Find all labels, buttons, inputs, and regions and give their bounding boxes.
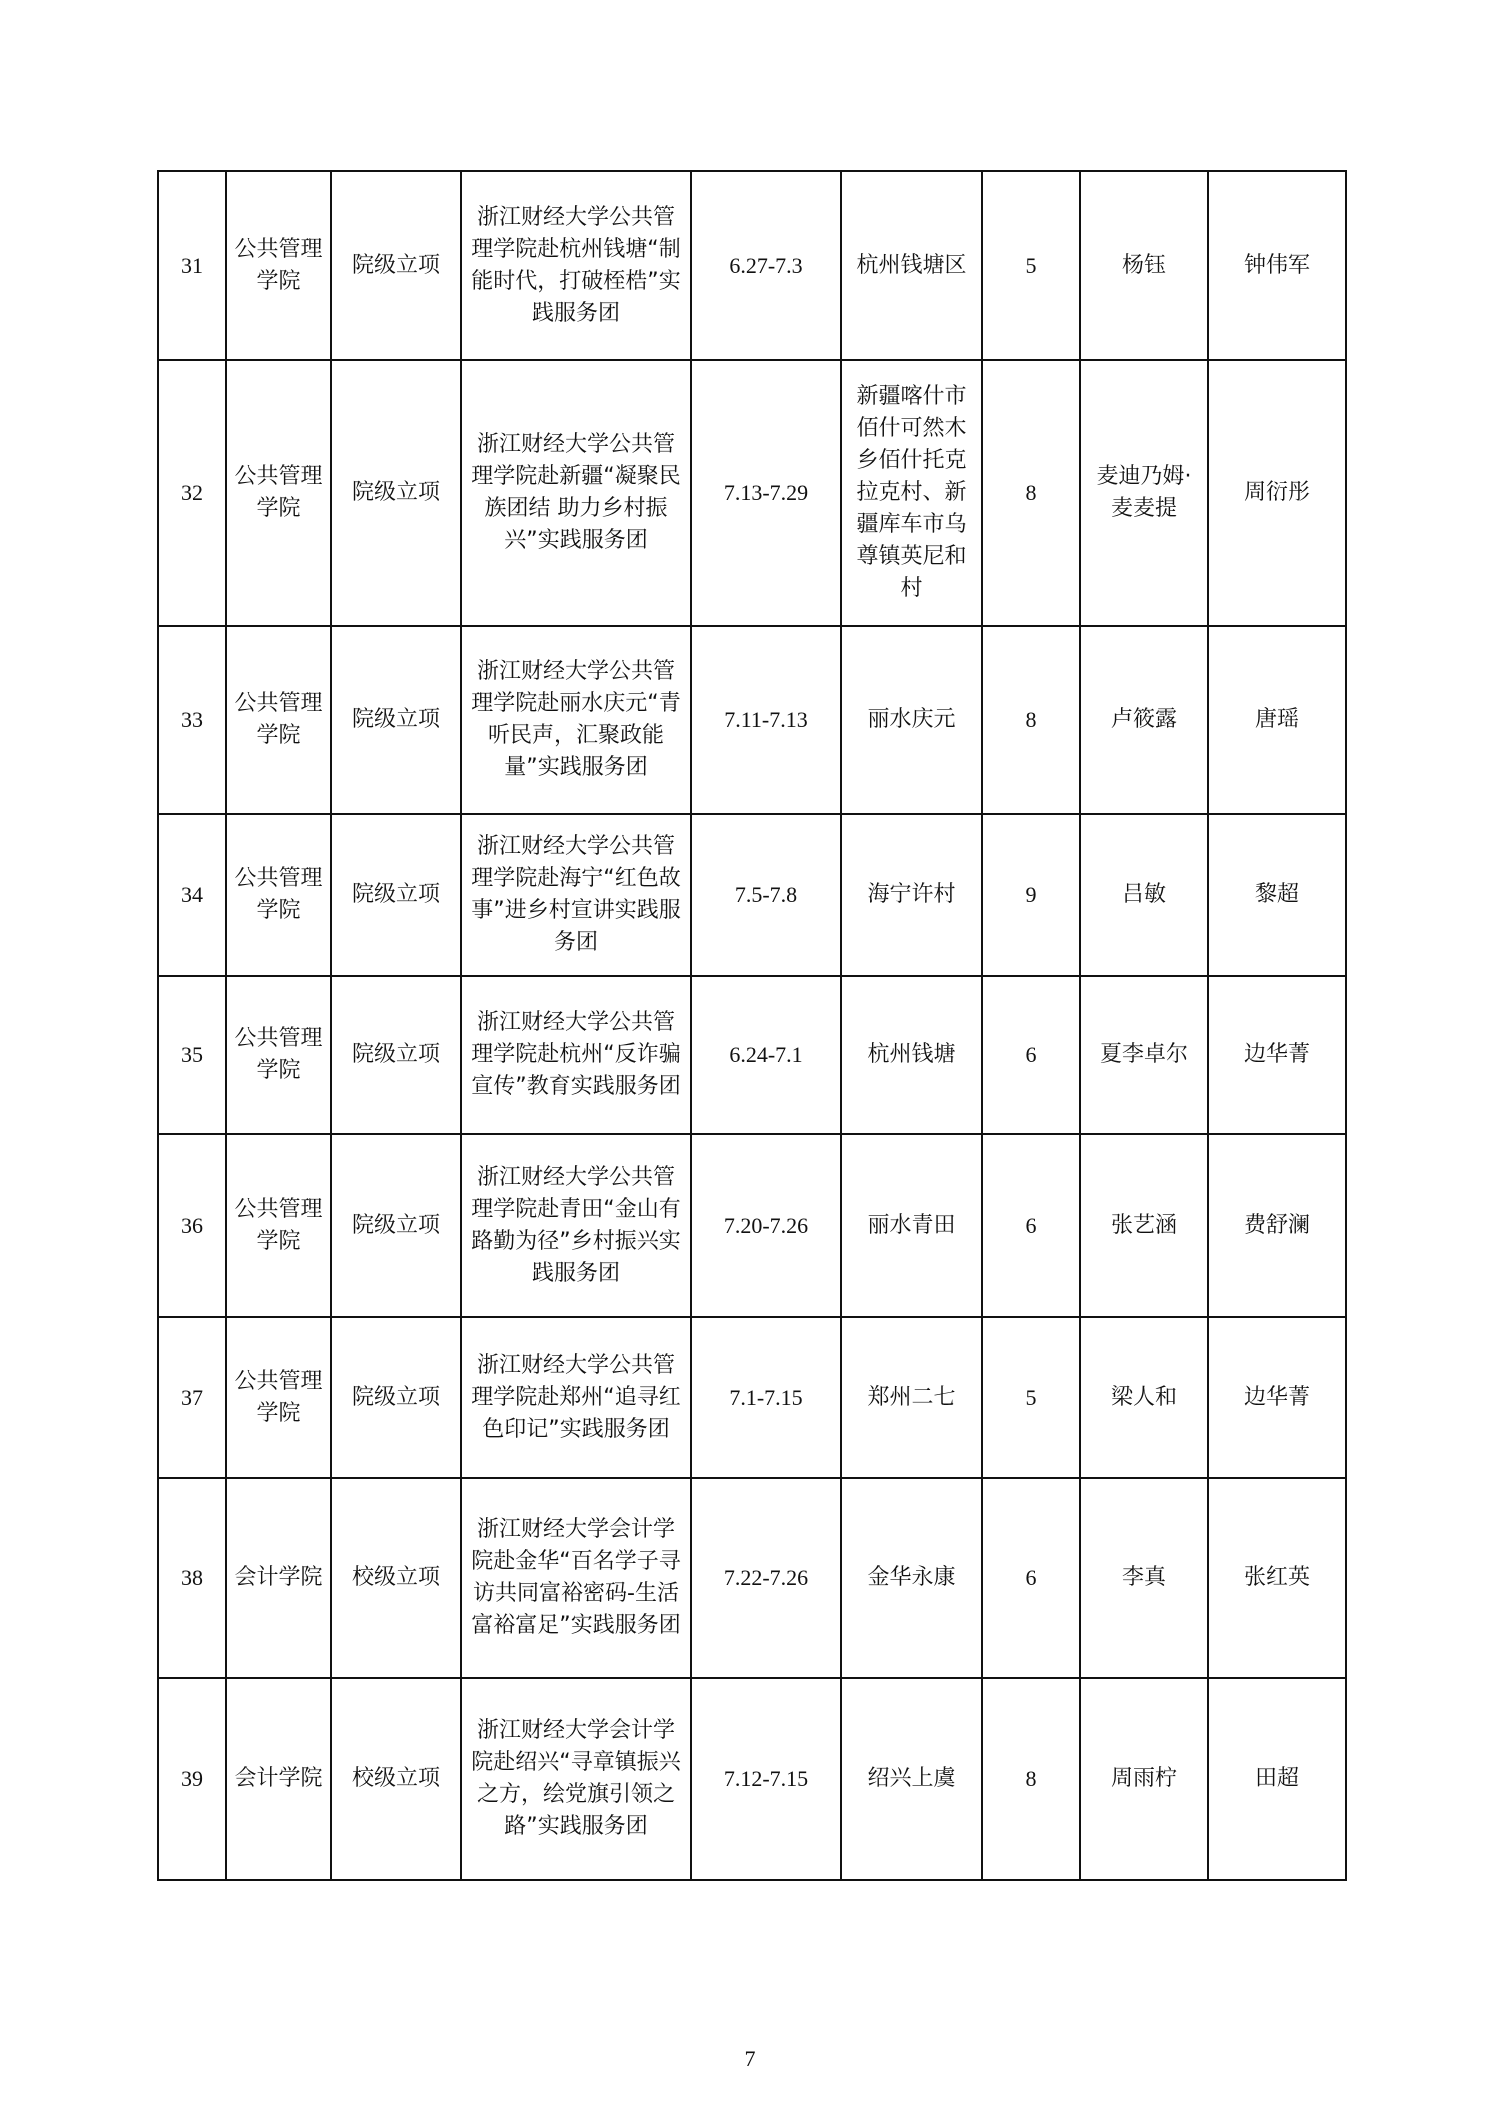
row-number: 31 [158,171,226,360]
member-count-cell: 8 [982,626,1080,814]
level-cell: 院级立项 [331,1134,461,1317]
level-cell: 校级立项 [331,1478,461,1678]
dates-cell: 7.5-7.8 [691,814,841,976]
dates-cell: 7.11-7.13 [691,626,841,814]
college-cell: 会计学院 [226,1678,331,1880]
location-cell: 丽水青田 [841,1134,982,1317]
dates-cell: 7.20-7.26 [691,1134,841,1317]
row-number: 33 [158,626,226,814]
leader-cell: 卢筱露 [1080,626,1208,814]
team-name-cell: 浙江财经大学公共管理学院赴青田“金山有路勤为径”乡村振兴实践服务团 [461,1134,691,1317]
level-cell: 院级立项 [331,814,461,976]
dates-cell: 7.12-7.15 [691,1678,841,1880]
team-name-cell: 浙江财经大学公共管理学院赴丽水庆元“青听民声，汇聚政能量”实践服务团 [461,626,691,814]
team-name-cell: 浙江财经大学公共管理学院赴杭州钱塘“制能时代，打破桎梏”实践服务团 [461,171,691,360]
member-count-cell: 5 [982,171,1080,360]
location-cell: 海宁许村 [841,814,982,976]
table-row: 36 公共管理学院 院级立项 浙江财经大学公共管理学院赴青田“金山有路勤为径”乡… [158,1134,1346,1317]
level-cell: 院级立项 [331,626,461,814]
location-cell: 金华永康 [841,1478,982,1678]
location-cell: 绍兴上虞 [841,1678,982,1880]
college-cell: 公共管理学院 [226,976,331,1134]
leader-cell: 梁人和 [1080,1317,1208,1478]
table-row: 37 公共管理学院 院级立项 浙江财经大学公共管理学院赴郑州“追寻红色印记”实践… [158,1317,1346,1478]
leader-cell: 杨钰 [1080,171,1208,360]
team-name-cell: 浙江财经大学公共管理学院赴郑州“追寻红色印记”实践服务团 [461,1317,691,1478]
team-name-cell: 浙江财经大学公共管理学院赴海宁“红色故事”进乡村宣讲实践服务团 [461,814,691,976]
level-cell: 院级立项 [331,1317,461,1478]
row-number: 37 [158,1317,226,1478]
row-number: 39 [158,1678,226,1880]
dates-cell: 6.27-7.3 [691,171,841,360]
level-cell: 院级立项 [331,360,461,626]
advisor-cell: 黎超 [1208,814,1346,976]
advisor-cell: 张红英 [1208,1478,1346,1678]
location-cell: 丽水庆元 [841,626,982,814]
document-page: 31 公共管理学院 院级立项 浙江财经大学公共管理学院赴杭州钱塘“制能时代，打破… [0,0,1500,2122]
college-cell: 公共管理学院 [226,814,331,976]
row-number: 35 [158,976,226,1134]
college-cell: 公共管理学院 [226,1134,331,1317]
team-name-cell: 浙江财经大学公共管理学院赴新疆“凝聚民族团结 助力乡村振兴”实践服务团 [461,360,691,626]
location-cell: 杭州钱塘区 [841,171,982,360]
row-number: 36 [158,1134,226,1317]
location-cell: 新疆喀什市佰什可然木乡佰什托克拉克村、新疆库车市乌尊镇英尼和村 [841,360,982,626]
team-name-cell: 浙江财经大学会计学院赴金华“百名学子寻访共同富裕密码-生活富裕富足”实践服务团 [461,1478,691,1678]
advisor-cell: 费舒澜 [1208,1134,1346,1317]
advisor-cell: 周衍彤 [1208,360,1346,626]
college-cell: 公共管理学院 [226,1317,331,1478]
advisor-cell: 唐瑶 [1208,626,1346,814]
row-number: 34 [158,814,226,976]
level-cell: 校级立项 [331,1678,461,1880]
table-row: 34 公共管理学院 院级立项 浙江财经大学公共管理学院赴海宁“红色故事”进乡村宣… [158,814,1346,976]
member-count-cell: 8 [982,1678,1080,1880]
leader-cell: 吕敏 [1080,814,1208,976]
leader-cell: 麦迪乃姆·麦麦提 [1080,360,1208,626]
table-row: 31 公共管理学院 院级立项 浙江财经大学公共管理学院赴杭州钱塘“制能时代，打破… [158,171,1346,360]
leader-cell: 周雨柠 [1080,1678,1208,1880]
table-row: 39 会计学院 校级立项 浙江财经大学会计学院赴绍兴“寻章镇振兴之方，绘党旗引领… [158,1678,1346,1880]
team-name-cell: 浙江财经大学会计学院赴绍兴“寻章镇振兴之方，绘党旗引领之路”实践服务团 [461,1678,691,1880]
level-cell: 院级立项 [331,976,461,1134]
level-cell: 院级立项 [331,171,461,360]
leader-cell: 张艺涵 [1080,1134,1208,1317]
team-name-cell: 浙江财经大学公共管理学院赴杭州“反诈骗宣传”教育实践服务团 [461,976,691,1134]
advisor-cell: 边华菁 [1208,976,1346,1134]
advisor-cell: 边华菁 [1208,1317,1346,1478]
member-count-cell: 9 [982,814,1080,976]
location-cell: 郑州二七 [841,1317,982,1478]
advisor-cell: 钟伟军 [1208,171,1346,360]
member-count-cell: 6 [982,1134,1080,1317]
location-cell: 杭州钱塘 [841,976,982,1134]
table-row: 33 公共管理学院 院级立项 浙江财经大学公共管理学院赴丽水庆元“青听民声，汇聚… [158,626,1346,814]
college-cell: 会计学院 [226,1478,331,1678]
college-cell: 公共管理学院 [226,626,331,814]
advisor-cell: 田超 [1208,1678,1346,1880]
row-number: 38 [158,1478,226,1678]
dates-cell: 6.24-7.1 [691,976,841,1134]
table-row: 32 公共管理学院 院级立项 浙江财经大学公共管理学院赴新疆“凝聚民族团结 助力… [158,360,1346,626]
row-number: 32 [158,360,226,626]
member-count-cell: 6 [982,1478,1080,1678]
member-count-cell: 8 [982,360,1080,626]
dates-cell: 7.22-7.26 [691,1478,841,1678]
member-count-cell: 6 [982,976,1080,1134]
table-row: 38 会计学院 校级立项 浙江财经大学会计学院赴金华“百名学子寻访共同富裕密码-… [158,1478,1346,1678]
college-cell: 公共管理学院 [226,171,331,360]
member-count-cell: 5 [982,1317,1080,1478]
table-row: 35 公共管理学院 院级立项 浙江财经大学公共管理学院赴杭州“反诈骗宣传”教育实… [158,976,1346,1134]
leader-cell: 夏李卓尔 [1080,976,1208,1134]
leader-cell: 李真 [1080,1478,1208,1678]
dates-cell: 7.1-7.15 [691,1317,841,1478]
dates-cell: 7.13-7.29 [691,360,841,626]
page-number: 7 [0,2046,1500,2072]
college-cell: 公共管理学院 [226,360,331,626]
project-table: 31 公共管理学院 院级立项 浙江财经大学公共管理学院赴杭州钱塘“制能时代，打破… [157,170,1347,1881]
